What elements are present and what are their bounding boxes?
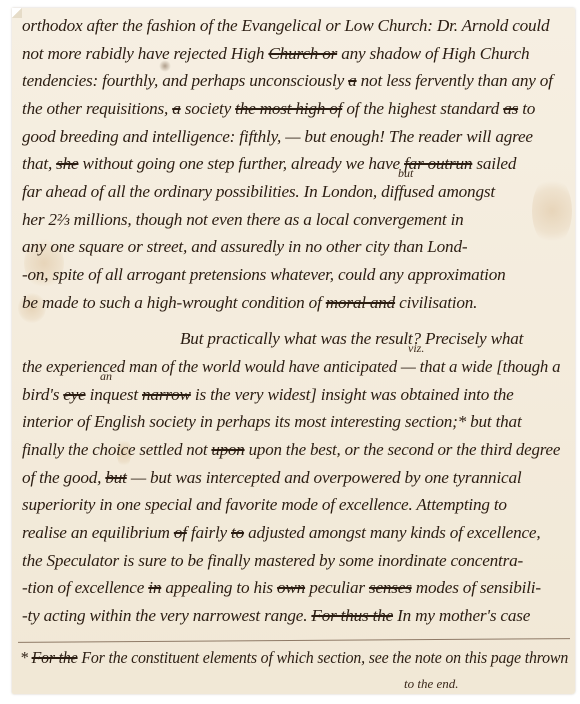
footnote-text: For the constituent elements of which se… <box>78 648 569 667</box>
manuscript-line: -tion of excellence in appealing to his … <box>22 578 541 598</box>
manuscript-line: any one square or street, and assuredly … <box>22 237 467 257</box>
line-text: not less fervently than any of <box>357 71 553 90</box>
line-text: civilisation. <box>395 293 477 312</box>
manuscript-line: superiority in one special and favorite … <box>22 495 507 515</box>
manuscript-line: the other requisitions, a society the mo… <box>22 99 535 119</box>
manuscript-page: orthodox after the fashion of the Evange… <box>12 8 575 694</box>
struck-text: as <box>503 99 518 118</box>
line-text: finally the choice settled not <box>22 440 211 459</box>
folded-corner <box>12 8 22 18</box>
line-text: without going one step further, already … <box>78 154 404 173</box>
struck-text: upon <box>211 440 244 459</box>
struck-text: Church or <box>268 44 337 63</box>
manuscript-line: -ty acting within the very narrowest ran… <box>22 606 530 626</box>
line-text: fairly <box>187 523 231 542</box>
line-text: superiority in one special and favorite … <box>22 495 507 514</box>
struck-text: own <box>277 578 305 597</box>
struck-text: narrow <box>142 385 191 404</box>
struck-text: For thus the <box>311 606 393 625</box>
line-text: -tion of excellence <box>22 578 148 597</box>
struck-text: moral and <box>326 293 395 312</box>
manuscript-line: But practically what was the result? Pre… <box>180 329 523 349</box>
line-text: the Speculator is sure to be finally mas… <box>22 551 523 570</box>
manuscript-line: orthodox after the fashion of the Evange… <box>22 16 549 36</box>
struck-text: the most high of <box>235 99 342 118</box>
interlinear-insertion: an <box>100 369 112 384</box>
line-text: interior of English society in perhaps i… <box>22 412 522 431</box>
manuscript-line: not more rabidly have rejected High Chur… <box>22 44 529 64</box>
line-text: of the good, <box>22 468 105 487</box>
line-text: any shadow of High Church <box>337 44 529 63</box>
footnote-continuation: to the end. <box>404 676 459 692</box>
struck-text: in <box>148 578 161 597</box>
manuscript-line: -on, spite of all arrogant pretensions w… <box>22 265 506 285</box>
struck-text: a <box>172 99 180 118</box>
interlinear-insertion: viz. <box>408 341 424 356</box>
manuscript-line: be made to such a high-wrought condition… <box>22 293 477 313</box>
manuscript-line: of the good, but — but was intercepted a… <box>22 468 521 488</box>
manuscript-line: interior of English society in perhaps i… <box>22 412 522 432</box>
footnote-marker: * <box>20 648 32 667</box>
manuscript-line: bird's eye inquest narrow is the very wi… <box>22 385 514 405</box>
line-text: be made to such a high-wrought condition… <box>22 293 326 312</box>
manuscript-line: realise an equilibrium of fairly to adju… <box>22 523 540 543</box>
line-text: that, <box>22 154 56 173</box>
line-text: of the highest standard <box>342 99 503 118</box>
foxing-stain <box>532 176 572 246</box>
line-text: any one square or street, and assuredly … <box>22 237 467 256</box>
line-text: But practically what was the result? Pre… <box>180 329 523 348</box>
footnote-line: * For the For the constituent elements o… <box>20 648 568 668</box>
line-text: bird's <box>22 385 63 404</box>
manuscript-line: the Speculator is sure to be finally mas… <box>22 551 523 571</box>
struck-text: of <box>174 523 187 542</box>
footnote-divider <box>18 638 570 643</box>
line-text: far ahead of all the ordinary possibilit… <box>22 182 495 201</box>
line-text: upon the best, or the second or the thir… <box>245 440 561 459</box>
line-text: -ty acting within the very narrowest ran… <box>22 606 311 625</box>
line-text: -on, spite of all arrogant pretensions w… <box>22 265 506 284</box>
line-text: modes of sensibili- <box>412 578 541 597</box>
manuscript-line: that, she without going one step further… <box>22 154 516 174</box>
struck-text: eye <box>63 385 85 404</box>
line-text: good breeding and intelligence: fifthly,… <box>22 127 533 146</box>
manuscript-line: good breeding and intelligence: fifthly,… <box>22 127 533 147</box>
line-text: is the very widest] insight was obtained… <box>191 385 514 404</box>
line-text: the other requisitions, <box>22 99 172 118</box>
line-text: appealing to his <box>161 578 277 597</box>
line-text: inquest <box>86 385 142 404</box>
struck-text: but <box>105 468 126 487</box>
line-text: her 2⅔ millions, though not even there a… <box>22 210 464 229</box>
struck-text: she <box>56 154 78 173</box>
line-text: In my mother's case <box>393 606 530 625</box>
struck-text: For the <box>32 648 78 667</box>
line-text: — but was intercepted and overpowered by… <box>127 468 522 487</box>
line-text: not more rabidly have rejected High <box>22 44 268 63</box>
line-text: realise an equilibrium <box>22 523 174 542</box>
line-text: society <box>181 99 236 118</box>
line-text: orthodox after the fashion of the Evange… <box>22 16 549 35</box>
manuscript-line: her 2⅔ millions, though not even there a… <box>22 210 464 230</box>
manuscript-line: far ahead of all the ordinary possibilit… <box>22 182 495 202</box>
struck-text: far outrun <box>404 154 472 173</box>
line-text: peculiar <box>305 578 369 597</box>
line-text: to <box>518 99 535 118</box>
struck-text: to <box>231 523 244 542</box>
line-text: adjusted amongst many kinds of excellenc… <box>244 523 540 542</box>
struck-text: a <box>348 71 356 90</box>
line-text: sailed <box>472 154 516 173</box>
interlinear-insertion: but <box>398 166 413 181</box>
manuscript-line: tendencies: fourthly, and perhaps uncons… <box>22 71 553 91</box>
struck-text: senses <box>369 578 412 597</box>
manuscript-line: finally the choice settled not upon upon… <box>22 440 560 460</box>
line-text: tendencies: fourthly, and perhaps uncons… <box>22 71 348 90</box>
